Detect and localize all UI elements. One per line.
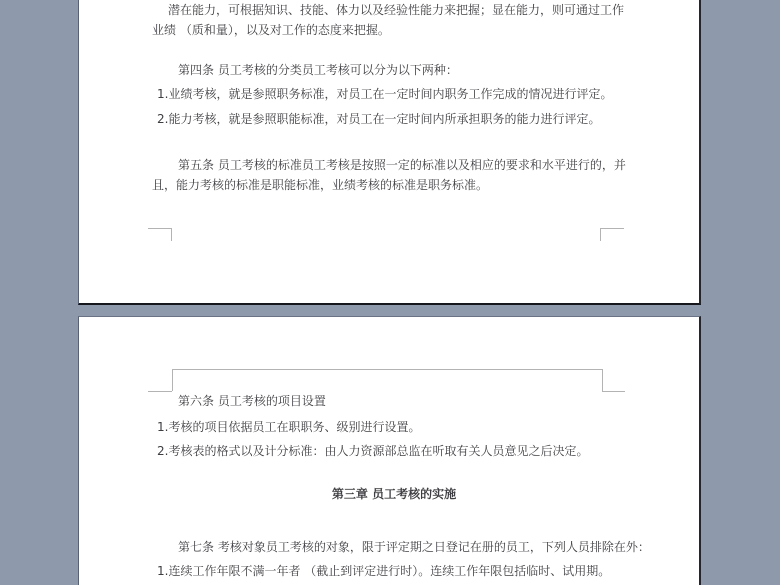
article-4-heading-line[interactable]: 第四条 员工考核的分类员工考核可以分为以下两种：	[178, 63, 458, 77]
chapter-3-heading[interactable]: 第三章 员工考核的实施	[164, 487, 624, 501]
text-boundary-line	[602, 369, 603, 391]
paragraph-line[interactable]: 且，能力考核的标准是职能标准，业绩考核的标准是职务标准。	[152, 178, 488, 192]
list-item-line[interactable]: 2.能力考核，就是参照职能标准，对员工在一定时间内所承担职务的能力进行评定。	[157, 112, 600, 126]
paragraph-line[interactable]: 潜在能力，可根据知识、技能、体力以及经验性能力来把握；显在能力，则可通过工作	[168, 3, 624, 17]
text-boundary-line	[172, 369, 602, 370]
text-boundary-line	[172, 369, 173, 391]
page-2[interactable]: 第六条 员工考核的项目设置 1.考核的项目依据员工在职职务、级别进行设置。 2.…	[78, 316, 701, 585]
list-item-line[interactable]: 1.业绩考核，就是参照职务标准，对员工在一定时间内职务工作完成的情况进行评定。	[157, 87, 612, 101]
list-item-line[interactable]: 1.连续工作年限不满一年者 （截止到评定进行时）。连续工作年限包括临时、试用期。	[157, 564, 610, 578]
list-item-line[interactable]: 1.考核的项目依据员工在职职务、级别进行设置。	[157, 420, 420, 434]
list-item-line[interactable]: 2.考核表的格式以及计分标准：由人力资源部总监在听取有关人员意见之后决定。	[157, 444, 588, 458]
article-5-heading-line[interactable]: 第五条 员工考核的标准员工考核是按照一定的标准以及相应的要求和水平进行的，并	[178, 158, 626, 172]
article-6-heading-line[interactable]: 第六条 员工考核的项目设置	[178, 394, 326, 408]
paragraph-line[interactable]: 业绩 （质和量），以及对工作的态度来把握。	[152, 23, 390, 37]
text-boundary-line	[602, 391, 625, 392]
page-1[interactable]: 潜在能力，可根据知识、技能、体力以及经验性能力来把握；显在能力，则可通过工作 业…	[78, 0, 701, 305]
text-boundary-line	[148, 391, 172, 392]
margin-corner-mark-left	[148, 228, 172, 241]
document-viewport: 潜在能力，可根据知识、技能、体力以及经验性能力来把握；显在能力，则可通过工作 业…	[0, 0, 780, 585]
article-7-heading-line[interactable]: 第七条 考核对象员工考核的对象，限于评定期之日登记在册的员工，下列人员排除在外：	[178, 540, 650, 554]
margin-corner-mark-right	[600, 228, 624, 241]
